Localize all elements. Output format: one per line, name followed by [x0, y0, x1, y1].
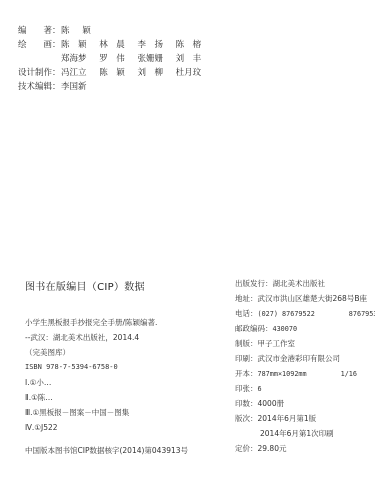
imprint-label: 地址：: [235, 294, 258, 303]
credit-name: 颖: [82, 24, 91, 38]
credit-names: 陈 颖: [61, 24, 101, 38]
cip-line-3: Ⅲ.①黑板报－图案－中国－图集: [25, 405, 157, 420]
credit-name: 陈 榕: [176, 38, 202, 52]
imprint-edition: 版次：2014年6月第1版: [235, 411, 375, 426]
imprint-block: 出版发行：湖北美术出版社 地址：武汉市洪山区雄楚大街268号B座 电话：(027…: [235, 276, 375, 456]
credit-label: 技术编辑：: [18, 80, 61, 94]
imprint-value: 甲子工作室: [258, 339, 296, 348]
imprint-value: 武汉市洪山区雄楚大街268号B座: [258, 294, 367, 303]
credit-name: 郑海梦: [61, 52, 87, 66]
cip-line-1: Ⅰ.①小…: [25, 375, 157, 390]
credit-name: 陈 颖: [99, 66, 125, 80]
imprint-value-2: 87679537: [349, 310, 375, 318]
imprint-publisher: 出版发行：湖北美术出版社: [235, 276, 375, 291]
imprint-printing: 印刷：武汉市金港彩印有限公司: [235, 351, 375, 366]
credit-illustration: 绘 画： 陈 颖 林 晨 李 扬 陈 榕: [18, 38, 211, 52]
credit-label: 设计制作：: [18, 66, 61, 80]
imprint-format: 开本：787mm×1092mm1/16: [235, 366, 375, 381]
cip-line-title: 小学生黑板报手抄报完全手册/陈颖编著.: [25, 315, 157, 330]
imprint-print-run: 印数：4000册: [235, 396, 375, 411]
credit-name: 陈: [61, 24, 70, 38]
credit-name: 杜月玟: [176, 66, 202, 80]
imprint-value: 787mm×1092mm: [258, 370, 307, 378]
credit-design: 设计制作： 冯江立 陈 颖 刘 柳 杜月玟: [18, 66, 211, 80]
credit-label: 绘 画：: [18, 38, 61, 52]
imprint-label: 制版：: [235, 339, 258, 348]
credit-name: 刘 丰: [176, 52, 202, 66]
imprint-label: 印刷：: [235, 354, 258, 363]
credits-block: 编 著： 陈 颖 绘 画： 陈 颖 林 晨 李 扬 陈 榕 郑海梦 罗 伟 张姗…: [18, 24, 211, 94]
credit-name: 林 晨: [99, 38, 125, 52]
credit-illustration-cont: 郑海梦 罗 伟 张姗姗 刘 丰: [18, 52, 211, 66]
credit-tech-editor: 技术编辑： 李国新: [18, 80, 211, 94]
imprint-postcode: 邮政编码：430070: [235, 321, 375, 336]
cip-lines: 小学生黑板报手抄报完全手册/陈颖编著. --武汉：湖北美术出版社，2014.4 …: [25, 315, 157, 435]
imprint-sheets: 印张：6: [235, 381, 375, 396]
imprint-value: (027) 87679522: [258, 310, 315, 318]
cip-line-series: （完美图库）: [25, 345, 157, 360]
imprint-label: 开本：: [235, 369, 258, 378]
credit-author: 编 著： 陈 颖: [18, 24, 211, 38]
credit-names: 陈 颖 林 晨 李 扬 陈 榕: [61, 38, 211, 52]
credit-label-spacer: [18, 52, 61, 66]
imprint-value: 29.80元: [258, 444, 287, 453]
cip-record-number: 中国版本图书馆CIP数据核字(2014)第043913号: [25, 445, 188, 456]
imprint-address: 地址：武汉市洪山区雄楚大街268号B座: [235, 291, 375, 306]
credit-name: 张姗姗: [137, 52, 163, 66]
imprint-price: 定价：29.80元: [235, 441, 375, 456]
imprint-value: 2014年6月第1版: [258, 414, 317, 423]
credit-name: 李国新: [61, 80, 87, 94]
credit-name: 冯江立: [61, 66, 87, 80]
imprint-value: 武汉市金港彩印有限公司: [258, 354, 341, 363]
imprint-fraction: 1/16: [341, 370, 357, 378]
cip-line-2: Ⅱ.①陈…: [25, 390, 157, 405]
imprint-label: 电话：: [235, 309, 258, 318]
credit-name: 李 扬: [137, 38, 163, 52]
imprint-value: 湖北美术出版社: [273, 279, 326, 288]
imprint-value: 6: [258, 385, 262, 393]
credit-names: 郑海梦 罗 伟 张姗姗 刘 丰: [61, 52, 211, 66]
imprint-label: 印张：: [235, 384, 258, 393]
credit-name: 罗 伟: [99, 52, 125, 66]
imprint-label: 邮政编码：: [235, 324, 273, 333]
credit-name: 陈 颖: [61, 38, 87, 52]
imprint-label: 印数：: [235, 399, 258, 408]
cip-line-4: Ⅳ.①J522: [25, 420, 157, 435]
cip-line-isbn: ISBN 978-7-5394-6758-0: [25, 360, 157, 375]
imprint-printing-edition: 2014年6月第1次印刷: [235, 426, 375, 441]
imprint-value: 4000册: [258, 399, 285, 408]
imprint-label: 定价：: [235, 444, 258, 453]
imprint-value: 2014年6月第1次印刷: [260, 429, 334, 438]
credit-label: 编 著：: [18, 24, 61, 38]
credit-names: 李国新: [61, 80, 97, 94]
imprint-value: 430070: [273, 325, 298, 333]
cip-line-publisher: --武汉：湖北美术出版社，2014.4: [25, 330, 157, 345]
imprint-label: 出版发行：: [235, 279, 273, 288]
credit-name: 刘 柳: [137, 66, 163, 80]
imprint-plate-making: 制版：甲子工作室: [235, 336, 375, 351]
credit-names: 冯江立 陈 颖 刘 柳 杜月玟: [61, 66, 211, 80]
imprint-phone: 电话：(027) 8767952287679537: [235, 306, 375, 321]
imprint-label: 版次：: [235, 414, 258, 423]
cip-title: 图书在版编目（CIP）数据: [25, 278, 145, 293]
